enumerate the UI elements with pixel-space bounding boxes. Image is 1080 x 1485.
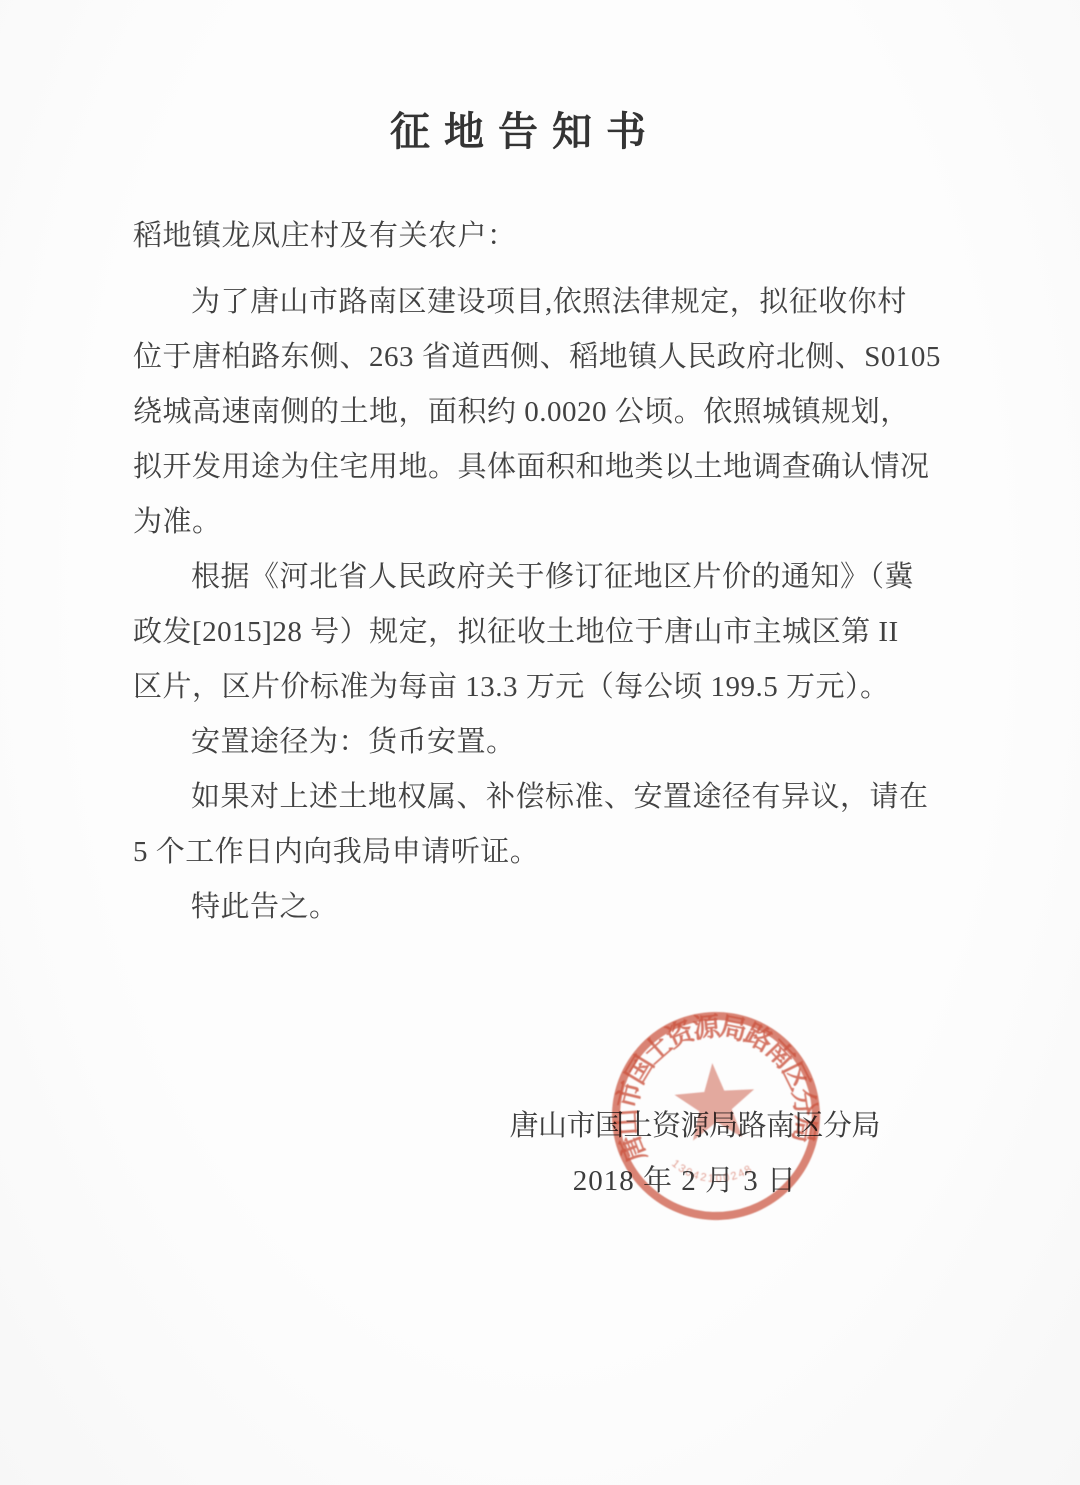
body-line: 安置途径为：货币安置。 bbox=[133, 715, 905, 770]
issue-date: 2018 年 2 月 3 日 bbox=[0, 1154, 1080, 1209]
body-line: 拟开发用途为住宅用地。具体面积和地类以土地调查确认情况 bbox=[133, 440, 905, 495]
notice-document: 征 地 告 知 书 稻地镇龙凤庄村及有关农户： 为了唐山市路南区建设项目,依照法… bbox=[0, 0, 1080, 935]
body-line: 5 个工作日内向我局申请听证。 bbox=[133, 825, 905, 880]
body-line: 政发[2015]28 号）规定，拟征收土地位于唐山市主城区第 II bbox=[133, 605, 905, 660]
body-line: 位于唐柏路东侧、263 省道西侧、稻地镇人民政府北侧、S0105 bbox=[133, 330, 905, 385]
body-line: 根据《河北省人民政府关于修订征地区片价的通知》（冀 bbox=[133, 550, 905, 605]
body-line: 为了唐山市路南区建设项目,依照法律规定，拟征收你村 bbox=[133, 275, 905, 330]
document-title: 征 地 告 知 书 bbox=[133, 102, 905, 162]
body-line: 如果对上述土地权属、补偿标准、安置途径有异议，请在 bbox=[133, 770, 905, 825]
issuing-authority: 唐山市国土资源局路南区分局 bbox=[0, 1099, 1080, 1154]
addressee-line: 稻地镇龙凤庄村及有关农户： bbox=[133, 209, 905, 264]
body-line: 为准。 bbox=[133, 495, 905, 550]
body-line: 区片，区片价标准为每亩 13.3 万元（每公顷 199.5 万元）。 bbox=[133, 660, 905, 715]
signature-block: 唐山市国土资源局路南区分局 2018 年 2 月 3 日 bbox=[0, 1099, 1080, 1209]
body-line: 绕城高速南侧的土地，面积约 0.0020 公顷。依照城镇规划， bbox=[133, 385, 905, 440]
body-line: 特此告之。 bbox=[133, 880, 905, 935]
